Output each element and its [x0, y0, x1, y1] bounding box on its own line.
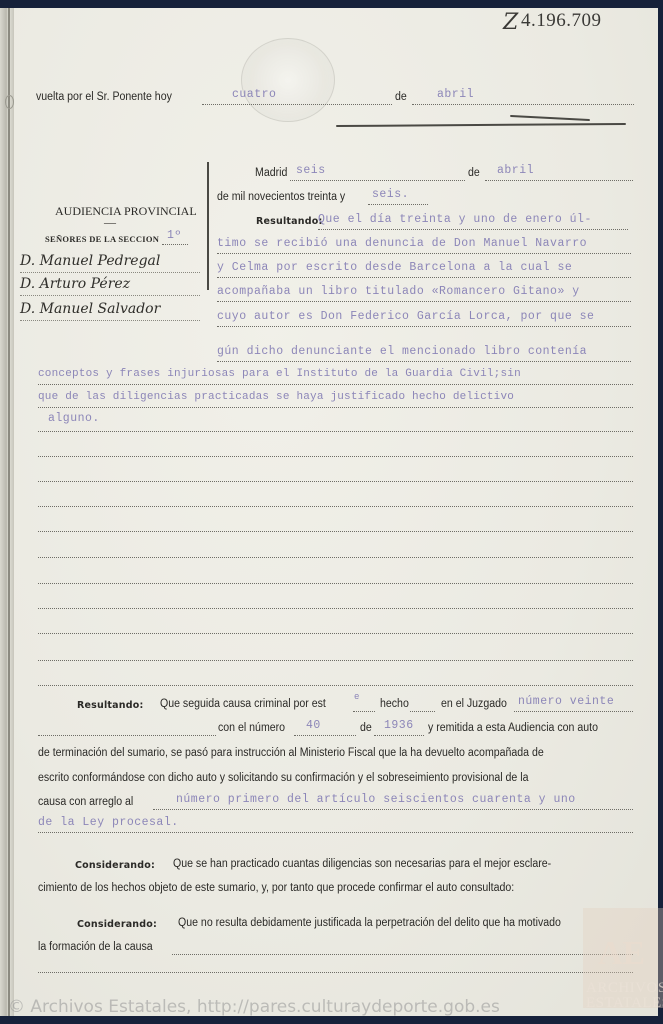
blank-dotted-line [38, 633, 633, 634]
considerando-2-text: la formación de la causa [38, 941, 153, 953]
blank-dotted-line [38, 506, 633, 507]
date-month-typed: abril [497, 164, 534, 177]
archive-logo-mark: AE [598, 935, 645, 973]
dotted-line [294, 735, 356, 736]
resultando-1-line: y Celma por escrito desde Barcelona a la… [217, 261, 572, 274]
blank-dotted-line [38, 685, 633, 686]
judge-signature-3: D. Manuel Salvador [20, 301, 160, 317]
blank-dotted-line [38, 481, 633, 482]
blank-dotted-line [38, 557, 633, 558]
dotted-line [38, 735, 216, 736]
page-binding [0, 8, 14, 1016]
date-year-prefix: de mil novecientos treinta y [217, 191, 345, 203]
header-de: de [395, 91, 407, 103]
dotted-line [412, 104, 634, 105]
resultando-1-line: acompañaba un libro titulado «Romancero … [217, 285, 580, 298]
section-label: SEÑORES DE LA SECCION [45, 234, 159, 244]
reference-prefix: Z [503, 10, 518, 35]
blank-dotted-line [38, 531, 633, 532]
dotted-line [38, 407, 633, 408]
dotted-line [318, 229, 628, 230]
embossed-seal [241, 38, 335, 122]
date-de: de [468, 167, 480, 179]
dotted-line [374, 735, 424, 736]
resultando-1-line: conceptos y frases injuriosas para el In… [38, 368, 521, 380]
binding-thread [8, 8, 10, 1016]
date-city: Madrid [255, 167, 287, 179]
resultando-1-line: cuyo autor es Don Federico García Lorca,… [217, 310, 594, 323]
court-dash: — [104, 215, 116, 230]
blank-dotted-line [38, 608, 633, 609]
dotted-line [217, 326, 631, 327]
binding-knot [5, 95, 14, 109]
considerando-1-label: Considerando: [75, 860, 155, 871]
blank-dotted-line [38, 456, 633, 457]
dotted-line [202, 104, 392, 105]
blank-dotted-line [38, 972, 633, 973]
resultando-1-label: Resultando: [256, 216, 322, 227]
dotted-line [217, 361, 631, 362]
resultando-2-text: causa con arreglo al [38, 796, 133, 808]
dotted-line [485, 180, 633, 181]
judge-signature-1: D. Manuel Pedregal [20, 253, 160, 269]
header-day-typed: cuatro [232, 88, 276, 101]
resultando-1-line: gún dicho denunciante el mencionado libr… [217, 345, 587, 358]
copyright-watermark: © Archivos Estatales, http://pares.cultu… [8, 997, 500, 1017]
resultando-2-text: y remitida a esta Audiencia con auto [428, 722, 598, 734]
resultando-1-line: alguno. [48, 412, 100, 425]
dotted-line [217, 277, 631, 278]
resultando-1-line: que de las diligencias practicadas se ha… [38, 391, 514, 403]
dotted-line [38, 431, 633, 432]
resultando-2-text: con el número [218, 722, 285, 734]
dotted-line [20, 320, 200, 321]
dotted-line [172, 954, 633, 955]
header-month-typed: abril [437, 88, 474, 101]
court-name: AUDIENCIA PROVINCIAL [55, 204, 197, 219]
resultando-2-text: Que seguida causa criminal por est [160, 698, 326, 710]
dotted-line [20, 272, 200, 273]
considerando-2-label: Considerando: [77, 919, 157, 930]
dotted-line [290, 180, 465, 181]
resultando-2-text: en el Juzgado [441, 698, 507, 710]
dotted-line [217, 301, 631, 302]
resultando-2-text: de [360, 722, 372, 734]
dotted-line [162, 244, 188, 245]
blank-dotted-line [38, 583, 633, 584]
judge-signature-2: D. Arturo Pérez [20, 276, 130, 292]
considerando-2-text: Que no resulta debidamente justificada l… [178, 917, 561, 929]
dotted-line [217, 253, 631, 254]
resultando-2-label: Resultando: [77, 700, 143, 711]
blank-dotted-line [38, 660, 633, 661]
resultando-2-typed-law: de la Ley procesal. [38, 816, 179, 829]
scan-frame-bottom [0, 1016, 663, 1024]
column-divider [207, 162, 209, 290]
section-number-typed: 1º [167, 229, 182, 242]
archive-logo-text: ESTATALES [586, 995, 663, 1012]
resultando-1-line: timo se recibió una denuncia de Don Manu… [217, 237, 587, 250]
resultando-2-text: escrito conformándose con dicho auto y s… [38, 772, 528, 784]
dotted-line [353, 711, 375, 712]
dotted-line [153, 809, 633, 810]
dotted-line [368, 204, 428, 205]
dotted-line [514, 711, 633, 712]
considerando-1-text: cimiento de los hechos objeto de este su… [38, 882, 514, 894]
dotted-line [20, 295, 200, 296]
dotted-line [38, 832, 633, 833]
considerando-1-text: Que se han practicado cuantas diligencia… [173, 858, 551, 870]
header-label: vuelta por el Sr. Ponente hoy [36, 91, 172, 103]
resultando-2-typed-juzgado: número veinte [518, 695, 614, 708]
resultando-2-typed-number: 40 [306, 719, 321, 732]
date-year-typed: seis. [372, 188, 409, 201]
resultando-2-text: de terminación del sumario, se pasó para… [38, 747, 544, 759]
dotted-line [410, 711, 435, 712]
resultando-2-typed-year: 1936 [384, 719, 414, 732]
resultando-2-typed-article: número primero del artículo seiscientos … [176, 793, 576, 806]
reference-number: 4.196.709 [521, 10, 602, 32]
resultando-2-typed-e: e [354, 692, 360, 702]
date-day-typed: seis [296, 164, 326, 177]
resultando-2-text: hecho [380, 698, 409, 710]
resultando-1-line: Que el día treinta y uno de enero úl- [318, 213, 592, 226]
dotted-line [38, 384, 633, 385]
